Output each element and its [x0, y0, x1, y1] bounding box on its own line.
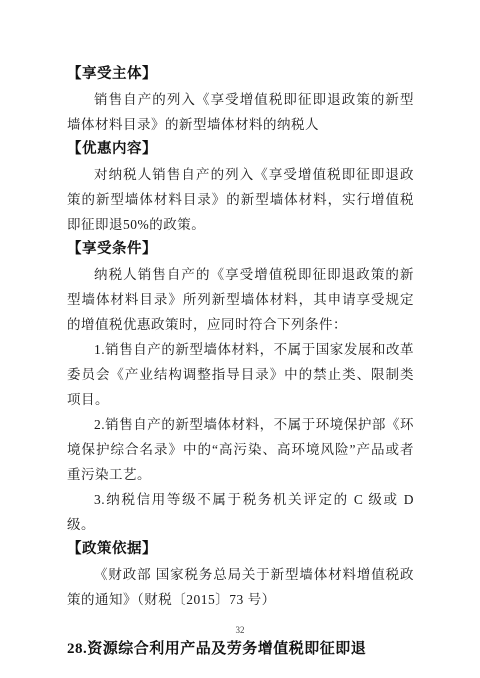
- document-content: 【享受主体】 销售自产的列入《享受增值税即征即退政策的新型墙体材料目录》的新型墙…: [67, 62, 414, 662]
- document-page: 【享受主体】 销售自产的列入《享受增值税即征即退政策的新型墙体材料目录》的新型墙…: [0, 0, 480, 678]
- section-heading-benefit-content: 【优惠内容】: [67, 137, 414, 162]
- section-heading-beneficiary: 【享受主体】: [67, 62, 414, 87]
- section-heading-policy-basis: 【政策依据】: [67, 537, 414, 562]
- page-number: 32: [0, 624, 480, 636]
- beneficiary-paragraph: 销售自产的列入《享受增值税即征即退政策的新型墙体材料目录》的新型墙体材料的纳税人: [67, 87, 414, 137]
- conditions-intro-paragraph: 纳税人销售自产的《享受增值税即征即退政策的新型墙体材料目录》所列新型墙体材料，其…: [67, 262, 414, 337]
- condition-item-1: 1.销售自产的新型墙体材料，不属于国家发展和改革委员会《产业结构调整指导目录》中…: [67, 337, 414, 412]
- condition-item-3: 3.纳税信用等级不属于税务机关评定的 C 级或 D 级。: [67, 487, 414, 537]
- condition-item-2: 2.销售自产的新型墙体材料，不属于环境保护部《环境保护综合名录》中的“高污染、高…: [67, 412, 414, 487]
- benefit-content-paragraph: 对纳税人销售自产的列入《享受增值税即征即退政策的新型墙体材料目录》的新型墙体材料…: [67, 162, 414, 237]
- section-heading-conditions: 【享受条件】: [67, 237, 414, 262]
- policy-basis-paragraph: 《财政部 国家税务总局关于新型墙体材料增值税政策的通知》（财税〔2015〕73 …: [67, 562, 414, 612]
- next-section-heading: 28.资源综合利用产品及劳务增值税即征即退: [67, 637, 414, 662]
